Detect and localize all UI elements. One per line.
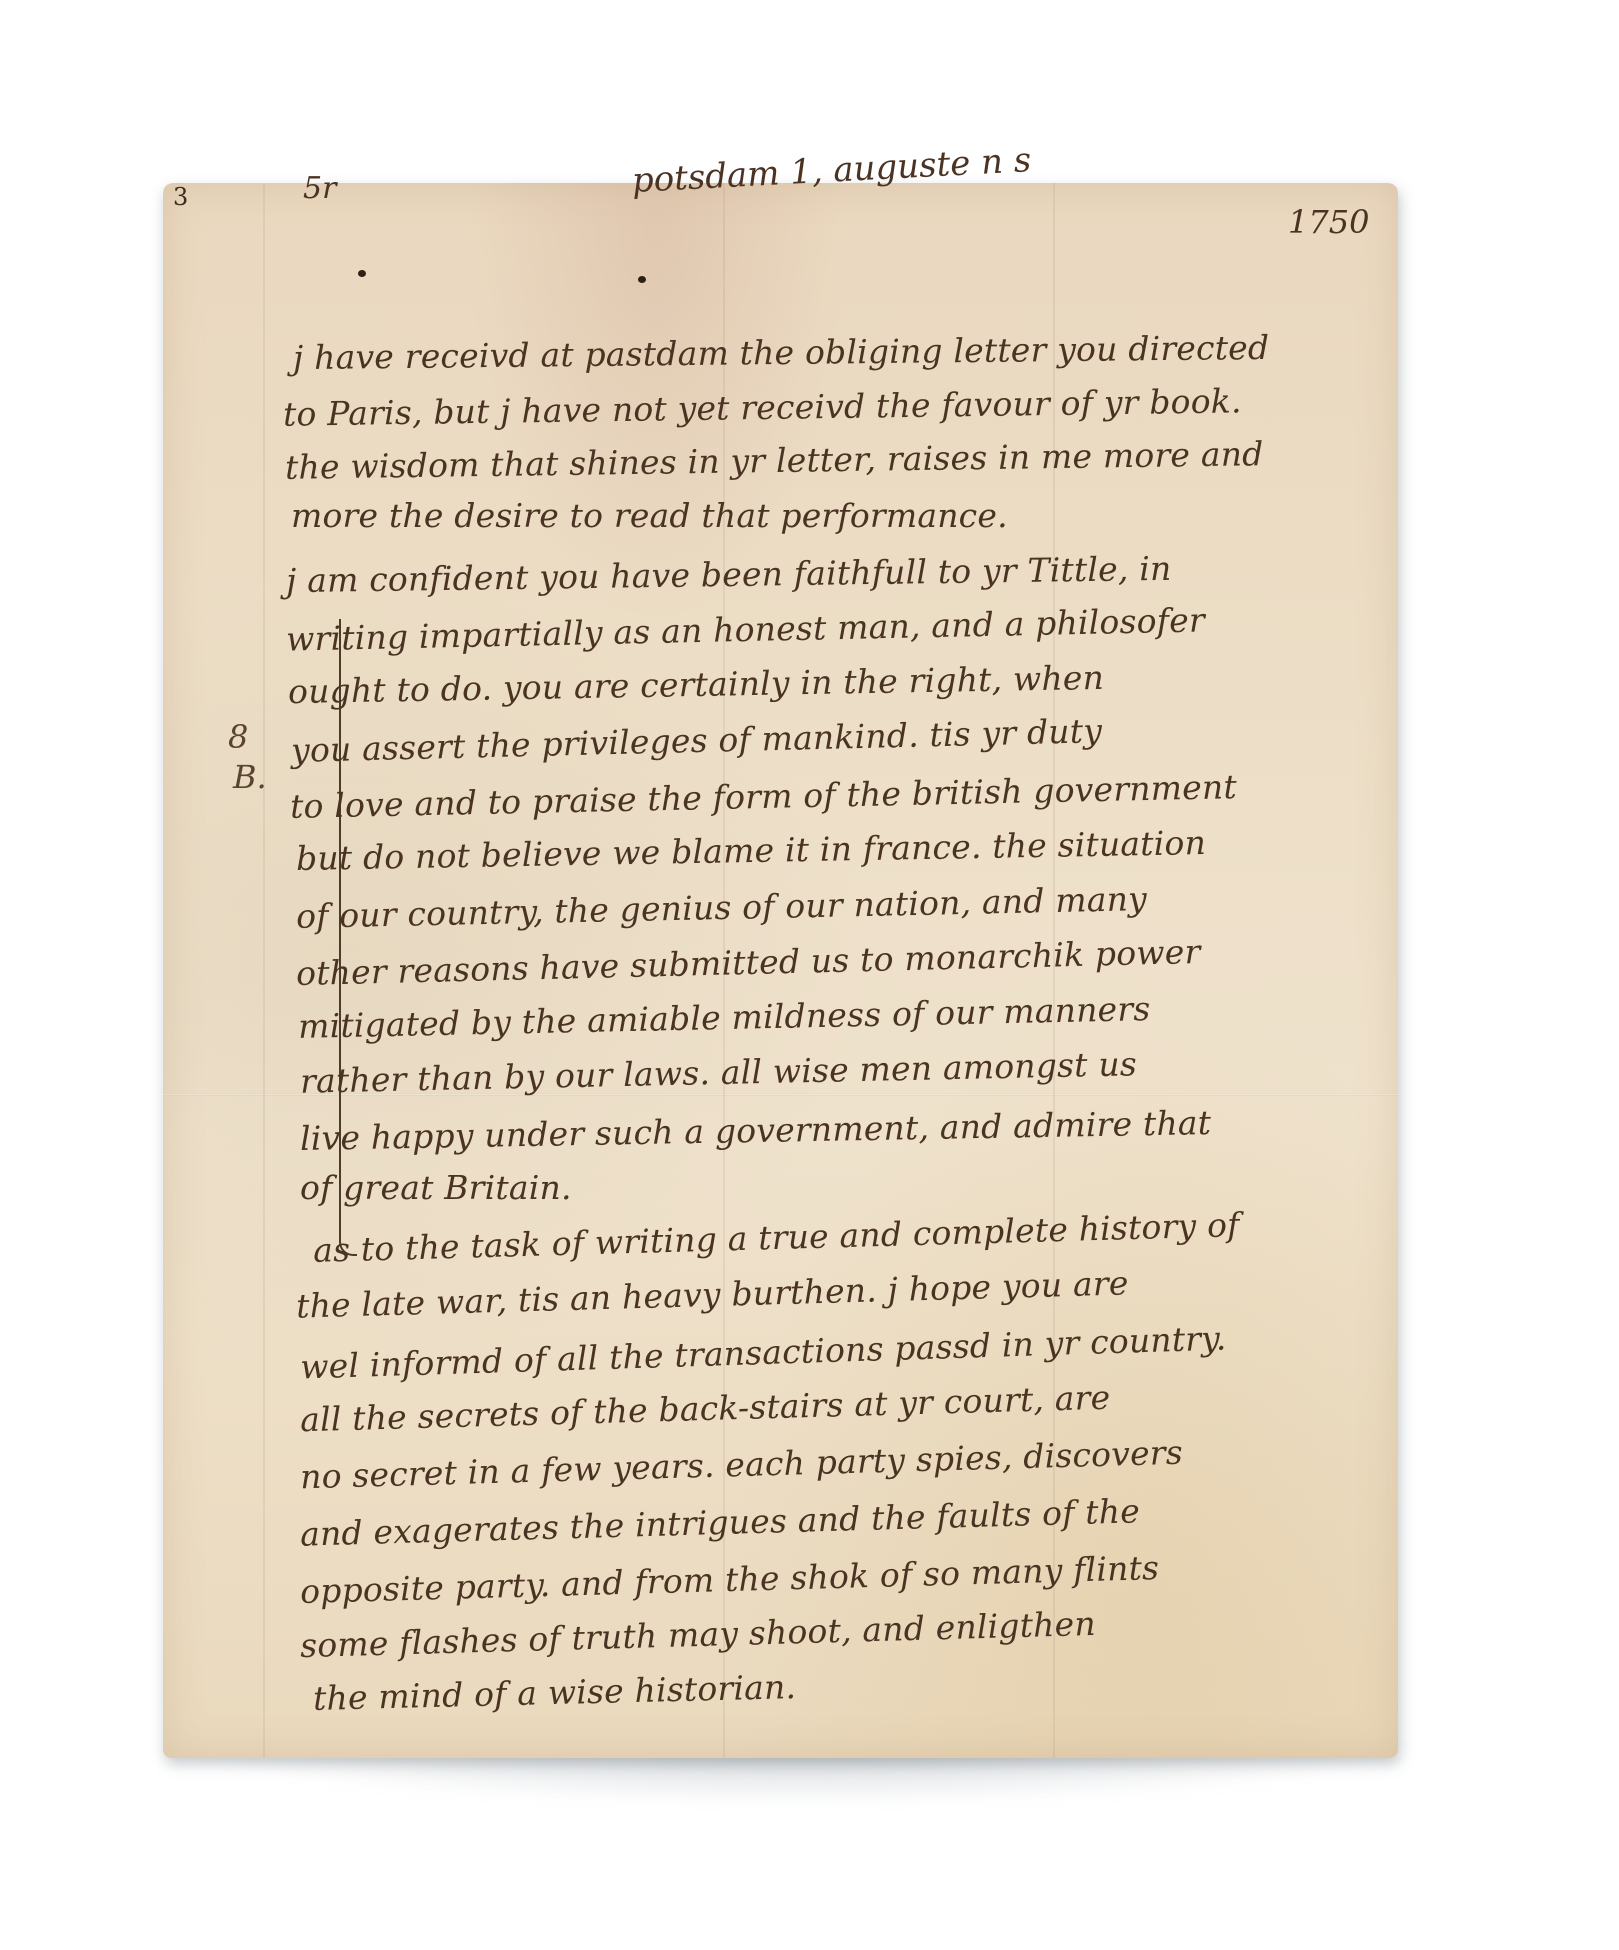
- folio-mark: 5r: [303, 171, 336, 206]
- body-line: all the secrets of the back-stairs at yr…: [300, 1378, 1111, 1440]
- body-line: to Paris, but j have not yet receivd the…: [283, 381, 1242, 433]
- dateline-year: 1750: [1288, 203, 1369, 241]
- letter-page: 3 5r potsdam 1, auguste n s 1750 8 B. j …: [163, 183, 1398, 1758]
- body-line: the late war, tis an heavy burthen. j ho…: [296, 1263, 1129, 1325]
- body-line: wel informd of all the transactions pass…: [300, 1318, 1227, 1386]
- body-line: live happy under such a government, and …: [300, 1103, 1212, 1158]
- body-line: j have receivd at pastdam the obliging l…: [293, 328, 1270, 377]
- margin-bracket: [339, 619, 357, 1256]
- vertical-crease: [263, 183, 265, 1758]
- body-line: more the desire to read that performance…: [291, 496, 1008, 535]
- body-line: j am confident you have been faithfull t…: [286, 549, 1172, 600]
- body-line: as to the task of writing a true and com…: [313, 1205, 1240, 1270]
- body-line: other reasons have submitted us to monar…: [296, 932, 1201, 993]
- body-line: of our country, the genius of our nation…: [296, 879, 1148, 936]
- margin-note-line-1: 8: [228, 718, 248, 756]
- body-line: opposite party. and from the shok of so …: [300, 1548, 1160, 1611]
- body-line: no secret in a few years. each party spi…: [300, 1433, 1184, 1497]
- body-line: ought to do. you are certainly in the ri…: [288, 658, 1105, 711]
- margin-note-line-2: B.: [233, 758, 267, 796]
- body-line: but do not believe we blame it in france…: [296, 823, 1207, 878]
- body-line: and exagerates the intrigues and the fau…: [300, 1491, 1141, 1553]
- body-line: of great Britain.: [300, 1168, 572, 1207]
- ink-blot: [358, 270, 366, 277]
- body-line: to love and to praise the form of the br…: [290, 767, 1238, 826]
- body-line: you assert the privileges of mankind. ti…: [291, 711, 1103, 770]
- ink-blot: [638, 276, 646, 283]
- page-number: 3: [173, 183, 188, 211]
- body-line: some flashes of truth may shoot, and enl…: [300, 1604, 1097, 1665]
- body-line: the wisdom that shines in yr letter, rai…: [285, 434, 1264, 487]
- body-line: writing impartially as an honest man, an…: [286, 600, 1206, 658]
- dateline: potsdam 1, auguste n s: [631, 140, 1032, 201]
